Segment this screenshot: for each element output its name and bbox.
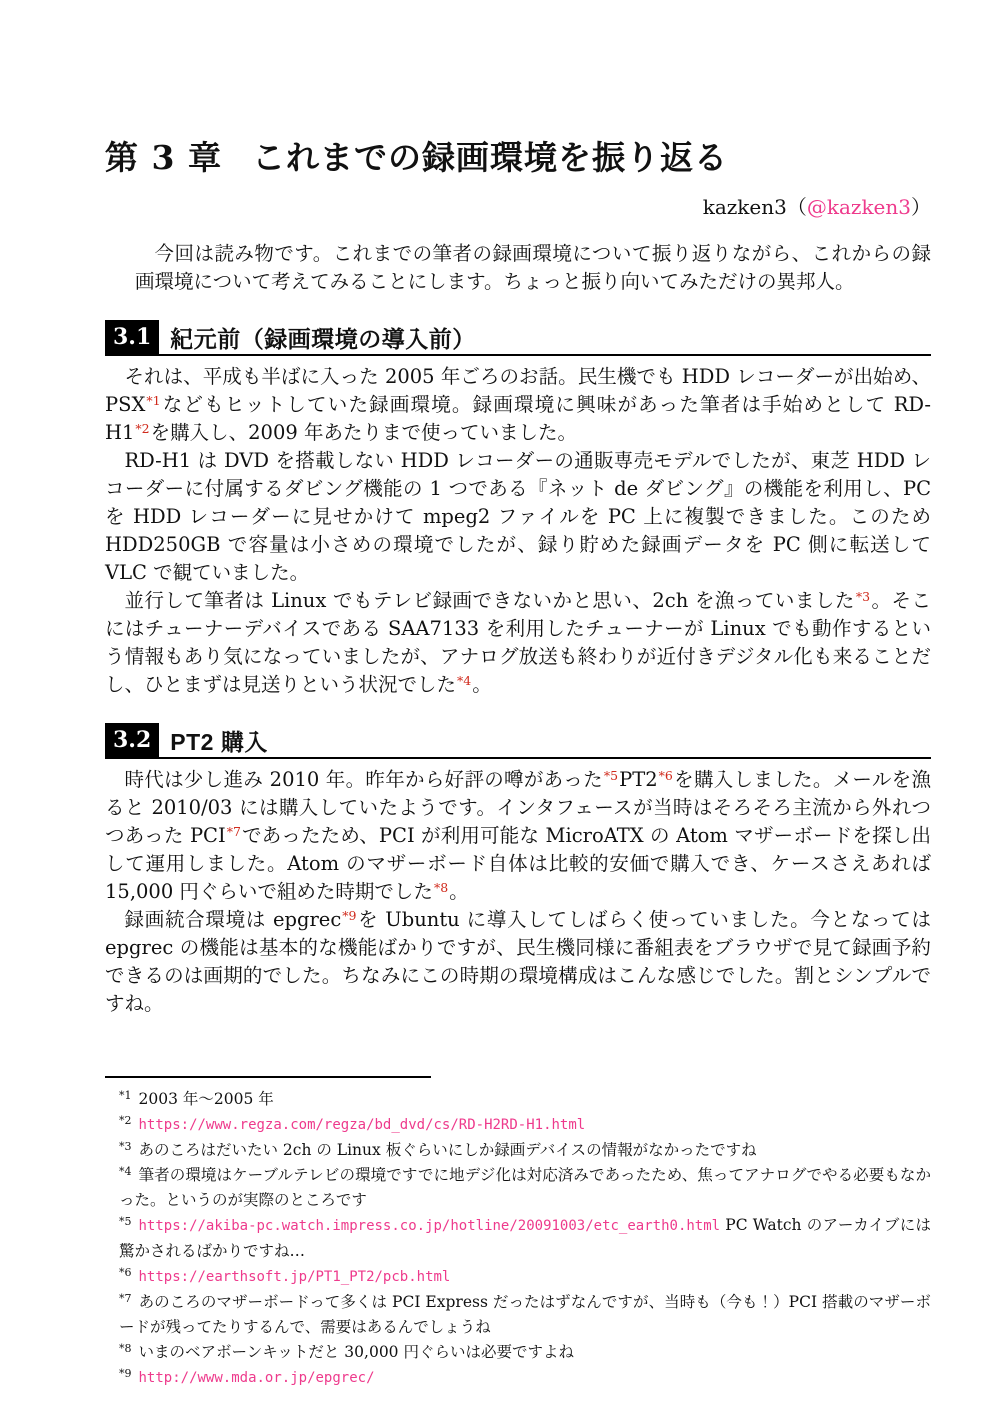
footnote-url-link[interactable]: https://akiba-pc.watch.impress.co.jp/hot… xyxy=(139,1218,721,1234)
footnote-marker: *5 xyxy=(119,1215,132,1228)
footnote-item: *8いまのベアボーンキットだと 30,000 円ぐらいは必要ですよね xyxy=(105,1340,931,1365)
footnote-item: *12003 年～2005 年 xyxy=(105,1087,931,1112)
author-paren-close: ） xyxy=(911,195,931,219)
section-3-1: 3.1 紀元前（録画環境の導入前） それは、平成も半ばに入った 2005 年ごろ… xyxy=(105,320,931,699)
footnotes-area: *12003 年～2005 年*2https://www.regza.com/r… xyxy=(105,1076,931,1391)
footnote-marker: *9 xyxy=(119,1367,132,1380)
footnote-item: *4筆者の環境はケーブルテレビの環境ですでに地デジ化は対応済みであったため、焦っ… xyxy=(105,1163,931,1213)
footnote-item: *3あのころはだいたい 2ch の Linux 板ぐらいにしか録画デバイスの情報… xyxy=(105,1138,931,1163)
section-title: 紀元前（録画環境の導入前） xyxy=(170,320,476,354)
footnote-ref-marker: *7 xyxy=(227,824,241,839)
footnote-ref-marker: *9 xyxy=(342,908,356,923)
chapter-title: これまでの録画環境を振り返る xyxy=(252,138,728,178)
footnote-marker: *8 xyxy=(119,1342,132,1355)
footnote-ref-marker: *2 xyxy=(135,421,149,436)
footnote-text: あのころのマザーボードって多くは PCI Express だったはずなんですが、… xyxy=(119,1293,931,1336)
footnote-ref-marker: *8 xyxy=(434,880,448,895)
footnote-item: *9http://www.mda.or.jp/epgrec/ xyxy=(105,1365,931,1391)
section-body: 時代は少し進み 2010 年。昨年から好評の噂があった*5PT2*6を購入しまし… xyxy=(105,766,931,1018)
footnote-ref-marker: *1 xyxy=(146,393,160,408)
author-line: kazken3（@kazken3） xyxy=(105,194,931,220)
footnote-item: *6https://earthsoft.jp/PT1_PT2/pcb.html xyxy=(105,1264,931,1290)
paragraph: 並行して筆者は Linux でもテレビ録画できないかと思い、2ch を漁っていま… xyxy=(105,587,931,699)
footnote-item: *7あのころのマザーボードって多くは PCI Express だったはずなんです… xyxy=(105,1290,931,1340)
chapter-number: 第 3 章 xyxy=(105,138,222,178)
footnote-marker: *7 xyxy=(119,1292,132,1305)
footnote-text: 筆者の環境はケーブルテレビの環境ですでに地デジ化は対応済みであったため、焦ってア… xyxy=(119,1166,931,1209)
footnote-ref-marker: *6 xyxy=(659,768,673,783)
author-name: kazken3 xyxy=(703,195,787,219)
document-page: 第 3 章 これまでの録画環境を振り返る kazken3（@kazken3） 今… xyxy=(0,0,1005,1419)
chapter-heading: 第 3 章 これまでの録画環境を振り返る xyxy=(105,138,931,178)
footnote-item: *2https://www.regza.com/regza/bd_dvd/cs/… xyxy=(105,1112,931,1138)
footnotes-list: *12003 年～2005 年*2https://www.regza.com/r… xyxy=(105,1087,931,1391)
page-content: 第 3 章 これまでの録画環境を振り返る kazken3（@kazken3） 今… xyxy=(105,138,931,1018)
paragraph: RD-H1 は DVD を搭載しない HDD レコーダーの通販専売モデルでしたが… xyxy=(105,447,931,587)
footnote-marker: *3 xyxy=(119,1140,132,1153)
lead-paragraph: 今回は読み物です。これまでの筆者の録画環境について振り返りながら、これからの録画… xyxy=(135,240,931,296)
author-paren-open: （ xyxy=(787,195,807,219)
section-body: それは、平成も半ばに入った 2005 年ごろのお話。民生機でも HDD レコーダ… xyxy=(105,363,931,699)
footnote-marker: *2 xyxy=(119,1114,132,1127)
section-heading: 3.1 紀元前（録画環境の導入前） xyxy=(105,320,931,356)
footnote-ref-marker: *4 xyxy=(457,673,471,688)
footnote-rule xyxy=(105,1076,431,1078)
paragraph: 時代は少し進み 2010 年。昨年から好評の噂があった*5PT2*6を購入しまし… xyxy=(105,766,931,906)
footnote-text: あのころはだいたい 2ch の Linux 板ぐらいにしか録画デバイスの情報がな… xyxy=(139,1141,757,1159)
footnote-text: 2003 年～2005 年 xyxy=(139,1090,274,1108)
author-twitter-link[interactable]: @kazken3 xyxy=(807,195,911,219)
section-3-2: 3.2 PT2 購入 時代は少し進み 2010 年。昨年から好評の噂があった*5… xyxy=(105,723,931,1018)
footnote-marker: *4 xyxy=(119,1165,132,1178)
section-number-badge: 3.1 xyxy=(105,320,159,354)
footnote-text: いまのベアボーンキットだと 30,000 円ぐらいは必要ですよね xyxy=(139,1343,574,1361)
footnote-ref-marker: *5 xyxy=(604,768,618,783)
paragraph: 録画統合環境は epgrec*9を Ubuntu に導入してしばらく使っていまし… xyxy=(105,906,931,1018)
footnote-marker: *1 xyxy=(119,1089,132,1102)
paragraph: それは、平成も半ばに入った 2005 年ごろのお話。民生機でも HDD レコーダ… xyxy=(105,363,931,447)
footnote-url-link[interactable]: https://earthsoft.jp/PT1_PT2/pcb.html xyxy=(139,1269,451,1285)
footnote-ref-marker: *3 xyxy=(856,589,870,604)
footnote-url-link[interactable]: http://www.mda.or.jp/epgrec/ xyxy=(139,1370,375,1386)
footnote-marker: *6 xyxy=(119,1266,132,1279)
footnote-url-link[interactable]: https://www.regza.com/regza/bd_dvd/cs/RD… xyxy=(139,1117,586,1133)
footnote-item: *5https://akiba-pc.watch.impress.co.jp/h… xyxy=(105,1213,931,1264)
section-title: PT2 購入 xyxy=(170,723,268,757)
section-heading: 3.2 PT2 購入 xyxy=(105,723,931,759)
section-number-badge: 3.2 xyxy=(105,723,159,757)
